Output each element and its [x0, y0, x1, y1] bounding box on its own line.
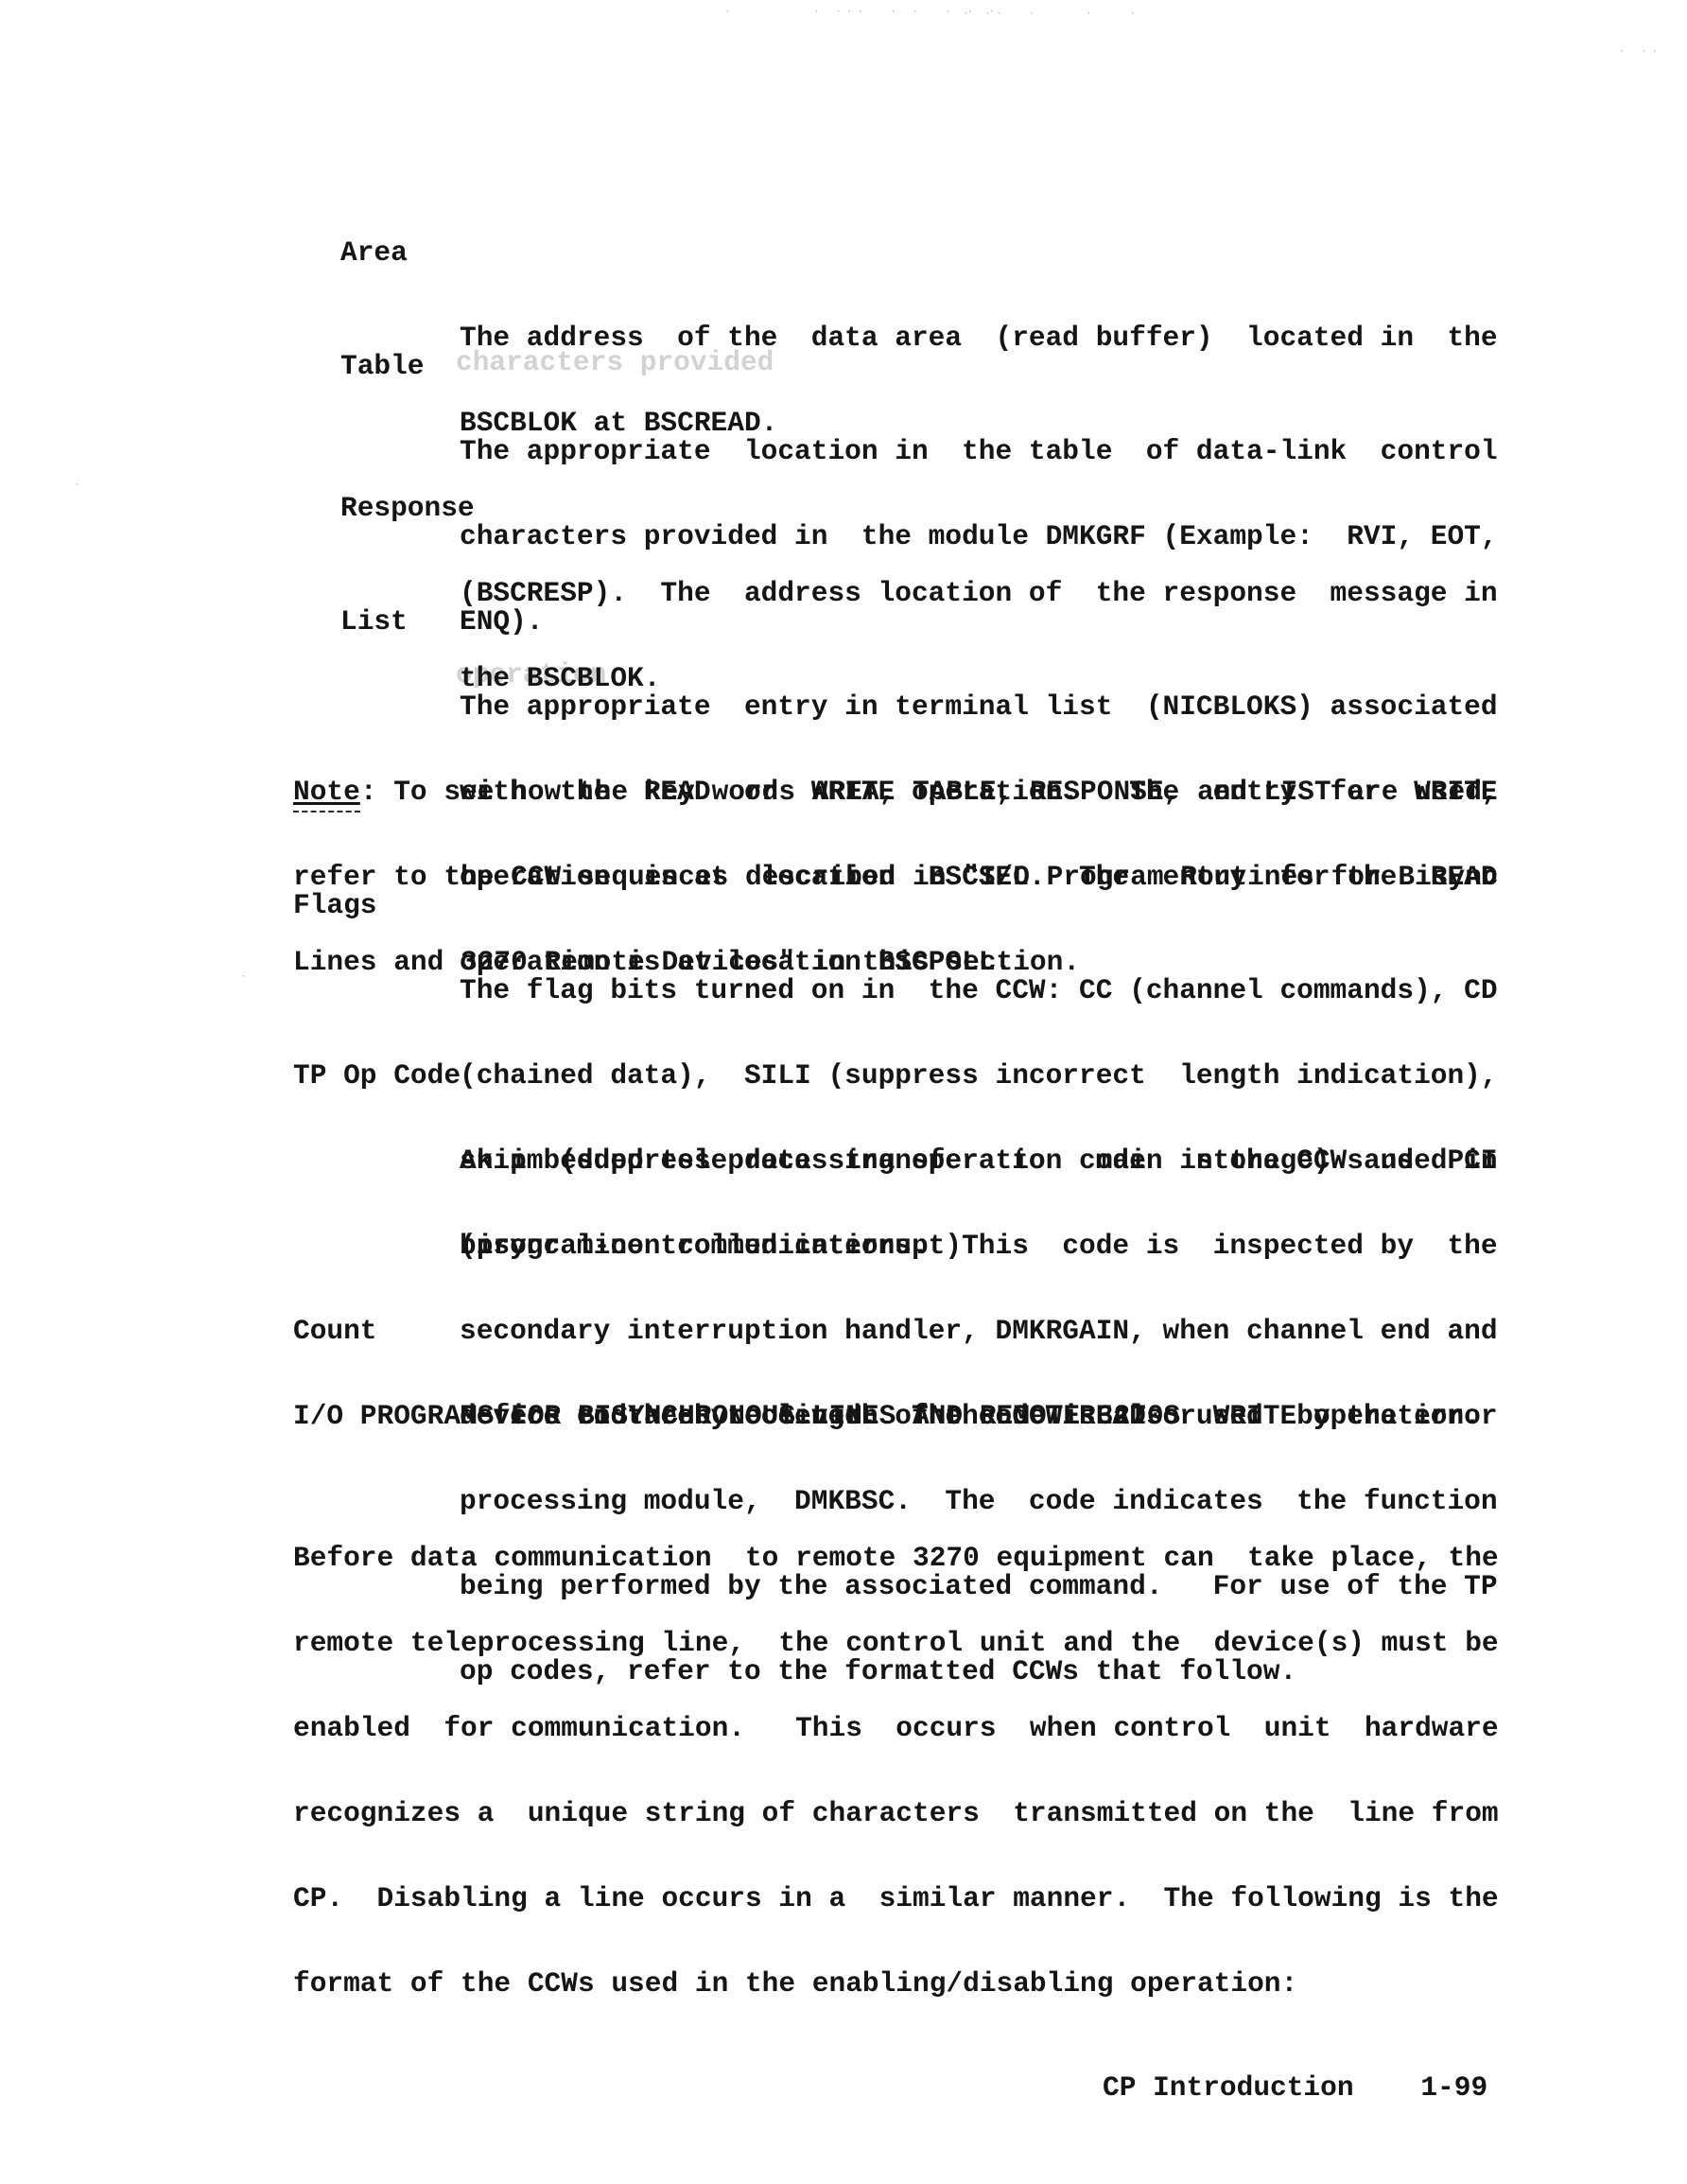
- scan-artifact: · ·· · · ·: [1619, 47, 1687, 57]
- scan-artifact: ·: [74, 480, 85, 490]
- definition-term: Response: [293, 494, 1498, 522]
- page-footer: CP Introduction 1-99: [1103, 2073, 1487, 2102]
- scan-artifact: · ·: [1086, 9, 1140, 19]
- scanned-page: · · ··· · · · · · · ·· · · · · ·· · · · …: [0, 0, 1687, 2184]
- text-line: format of the CCWs used in the enabling/…: [293, 1969, 1499, 1998]
- definition-term: Area: [293, 238, 1498, 267]
- definition-term: List: [293, 607, 1498, 636]
- definition-count: Count Refers to the byte length of the C…: [293, 1260, 1481, 1487]
- text-line: Before data communication to remote 3270…: [293, 1544, 1499, 1572]
- text-line: recognizes a unique string of characters…: [293, 1799, 1499, 1827]
- section-heading: I/O PROGRAMS FOR BISYNCHRONOUS LINES AND…: [293, 1402, 1180, 1430]
- text-line: remote teleprocessing line, the control …: [293, 1629, 1499, 1657]
- definition-term: Table: [293, 352, 1498, 380]
- text-line: The appropriate entry in terminal list (…: [293, 692, 1498, 721]
- note-label: Note: [293, 776, 360, 812]
- text-line: The flag bits turned on in the CCW: CC (…: [293, 976, 1498, 1005]
- scan-artifact: · ·· ·: [963, 9, 1039, 19]
- definition-term: TP Op Code: [293, 1061, 1498, 1090]
- text-line: bisync line communications. This code is…: [293, 1232, 1498, 1260]
- text-line: Note: To see how the key words AREA, TAB…: [293, 778, 1499, 806]
- note-text: : To see how the key words AREA, TABLE, …: [360, 776, 1499, 808]
- definition-term: Flags: [293, 891, 1498, 919]
- definition-term: Count: [293, 1317, 1481, 1345]
- text-line: An imbedded teleprocessing operation cod…: [293, 1146, 1498, 1175]
- text-line: enabled for communication. This occurs w…: [293, 1714, 1499, 1742]
- scan-artifact: ·: [240, 972, 252, 982]
- body-paragraph: Before data communication to remote 3270…: [293, 1487, 1499, 2054]
- text-line: CP. Disabling a line occurs in a similar…: [293, 1884, 1499, 1913]
- scan-artifact: ·: [724, 8, 736, 17]
